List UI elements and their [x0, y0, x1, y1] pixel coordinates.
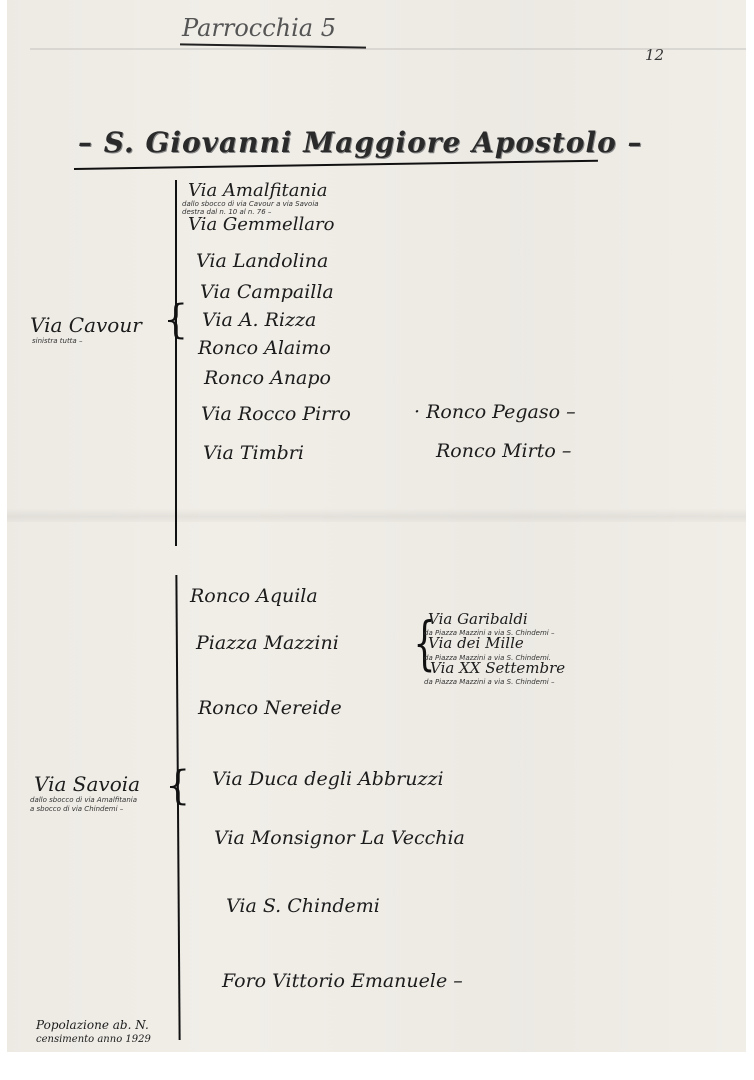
street-via-xx-settembre: Via XX Settembre — [430, 659, 565, 677]
street-via-timbri: Via Timbri — [203, 442, 304, 464]
folder-label: Parrocchia 5 — [182, 14, 336, 42]
street-via-duca-degli-abbruzzi: Via Duca degli Abbruzzi — [212, 768, 444, 790]
street-ronco-pegaso: · Ronco Pegaso – — [414, 401, 576, 423]
street-piazza-mazzini: Piazza Mazzini — [196, 632, 339, 654]
brace-icon: { — [165, 766, 190, 806]
page-title: – S. Giovanni Maggiore Apostolo – — [78, 126, 643, 159]
street-ronco-mirto: Ronco Mirto – — [436, 440, 571, 462]
paper-crease — [30, 48, 746, 50]
street-via-gemmellaro: Via Gemmellaro — [188, 214, 334, 235]
street-ronco-alaimo: Ronco Alaimo — [198, 337, 331, 359]
street-via-s-chindemi: Via S. Chindemi — [226, 895, 380, 917]
district-via-cavour-note: sinistra tutta – — [32, 337, 82, 345]
street-via-garibaldi: Via Garibaldi — [428, 610, 528, 628]
street-via-a-rizza: Via A. Rizza — [202, 309, 316, 331]
district-via-cavour: Via Cavour — [30, 313, 142, 337]
street-via-campailla: Via Campailla — [200, 281, 334, 303]
bracket-line-cavour — [175, 180, 177, 546]
street-foro-vittorio-emanuele: Foro Vittorio Emanuele – — [222, 970, 463, 992]
district-via-savoia-note-2: a sbocco di via Chindemi – — [30, 805, 123, 813]
district-via-savoia-note-1: dallo sbocco di via Amalfitania — [30, 796, 137, 804]
street-ronco-anapo: Ronco Anapo — [204, 367, 331, 389]
street-via-monsignor-la-vecchia: Via Monsignor La Vecchia — [214, 827, 465, 849]
paper-fold — [7, 508, 746, 522]
street-via-xx-settembre-note: da Piazza Mazzini a via S. Chindemi – — [424, 678, 554, 686]
population-label: Popolazione ab. N. — [36, 1018, 149, 1032]
street-via-rocco-pirro: Via Rocco Pirro — [201, 403, 351, 425]
page-number: 12 — [645, 46, 664, 64]
census-label: censimento anno 1929 — [36, 1034, 151, 1045]
street-ronco-aquila: Ronco Aquila — [190, 585, 318, 607]
district-via-savoia: Via Savoia — [34, 772, 140, 796]
street-via-amalfitania: Via Amalfitania — [188, 180, 328, 201]
street-via-landolina: Via Landolina — [196, 250, 328, 272]
brace-icon: { — [163, 300, 188, 340]
street-via-dei-mille: Via dei Mille — [428, 634, 524, 652]
street-ronco-nereide: Ronco Nereide — [198, 697, 342, 719]
street-via-amalfitania-note-1: dallo sbocco di via Cavour a via Savoia — [182, 200, 319, 208]
